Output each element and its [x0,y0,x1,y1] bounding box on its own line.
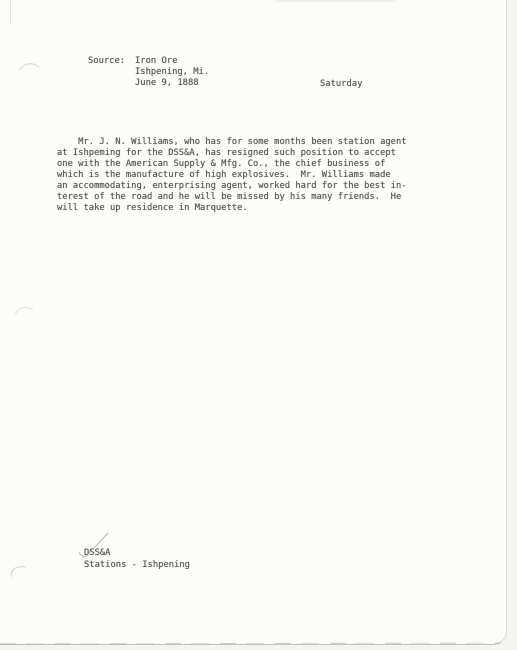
scan-smudge [275,0,395,2]
index-reference: DSS&A Stations - Ishpening [84,547,190,571]
paper-sheet [0,0,507,645]
source-label: Source: [88,56,125,67]
article-paragraph: Mr. J. N. Williams, who has for some mon… [57,137,407,214]
weekday-label: Saturday [320,79,362,90]
scan-edge-artifact [10,0,11,24]
source-details: Iron Ore Ishpening, Mi. June 9, 1888 [135,56,209,89]
scanned-document: Source: Iron Ore Ishpening, Mi. June 9, … [0,0,517,650]
